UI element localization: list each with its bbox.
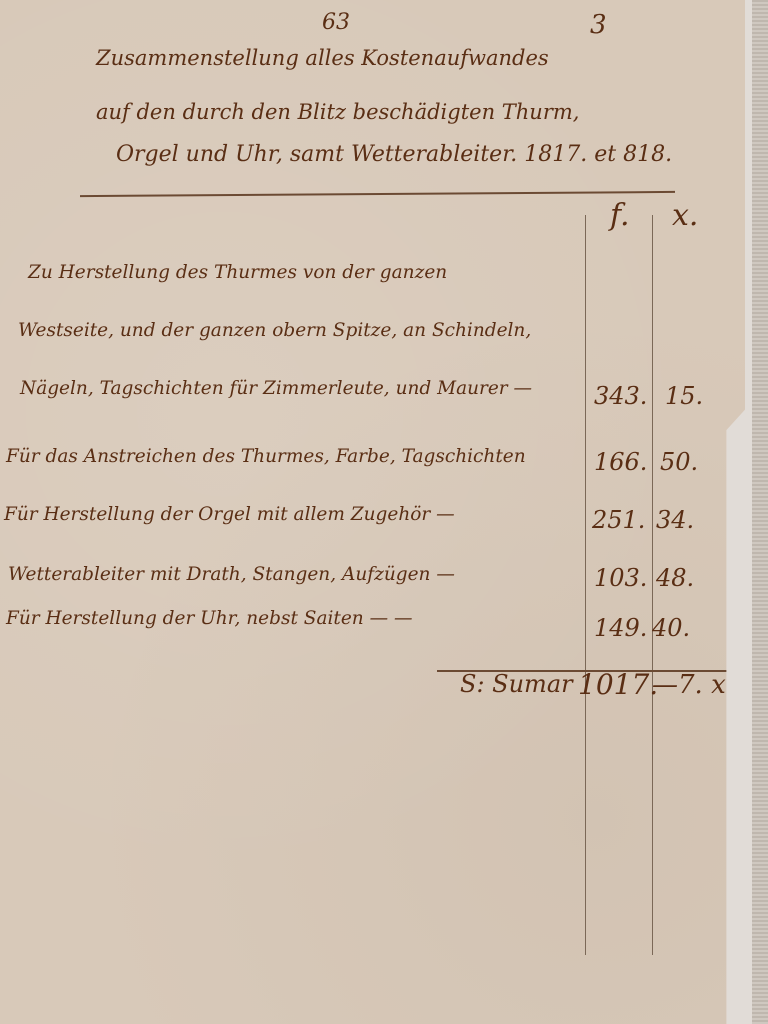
title-line-3: Orgel und Uhr, samt Wetterableiter. 1817… [116,142,672,167]
entry-gulden: 343. [594,382,647,410]
entry-gulden: 166. [594,448,647,476]
entry-text-line: Zu Herstellung des Thurmes von der ganze… [28,262,447,283]
corner-mark: 3 [590,10,607,40]
manuscript-page: 63 3 Zusammenstellung alles Kostenaufwan… [0,0,745,1024]
total-kreuzer: —7. x [652,670,726,700]
title-line-1: Zusammenstellung alles Kostenaufwandes [96,46,549,70]
entry-text-line: Nägeln, Tagschichten für Zimmerleute, un… [20,378,532,399]
entry-kreuzer: 48. [656,564,694,592]
entry-text-line: Für das Anstreichen des Thurmes, Farbe, … [6,446,526,467]
kreuzer-column-rule [652,215,653,955]
entry-text-line: Westseite, und der ganzen obern Spitze, … [18,320,531,341]
gulden-column-rule [585,215,586,955]
entry-text-line: Für Herstellung der Uhr, nebst Saiten — … [6,608,412,629]
entry-text-line: Wetterableiter mit Drath, Stangen, Aufzü… [8,564,455,585]
entry-kreuzer: 40. [652,614,690,642]
total-gulden: 1017. [578,668,658,701]
title-line-2: auf den durch den Blitz beschädigten Thu… [96,100,579,124]
gulden-column-header: f. [610,198,630,233]
kreuzer-column-header: x. [672,198,698,233]
entry-gulden: 251. [592,506,645,534]
folio-number: 63 [322,10,350,35]
entry-kreuzer: 15. [665,382,703,410]
entry-kreuzer: 34. [656,506,694,534]
entry-kreuzer: 50. [660,448,698,476]
entry-gulden: 103. [594,564,647,592]
entry-gulden: 149. [594,614,647,642]
title-underline [80,191,675,197]
total-label: S: Sumar [460,670,573,698]
entry-text-line: Für Herstellung der Orgel mit allem Zuge… [4,504,455,525]
